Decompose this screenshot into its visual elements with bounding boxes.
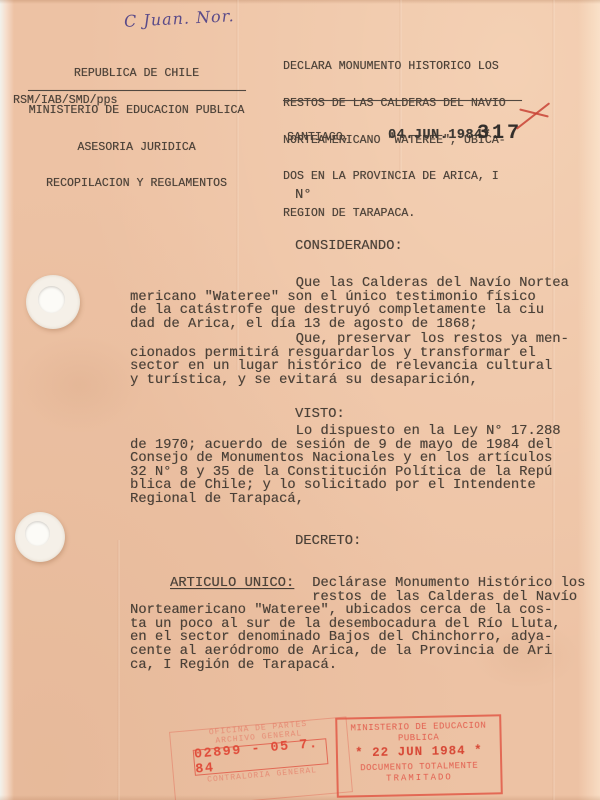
- articulo-unico-body: Declárase Monumento Histórico los restos…: [130, 577, 585, 672]
- ministry-stamp-date: * 22 JUN 1984 *: [338, 743, 500, 761]
- dateline-date-stamp: 04.JUN.1984*: [388, 128, 491, 143]
- dateline-city: SANTIAGO,: [287, 132, 350, 144]
- scan-edge-left: [0, 0, 14, 800]
- punch-hole-opening: [38, 286, 65, 313]
- subject-line: DECLARA MONUMENTO HISTORICO LOS: [283, 61, 528, 73]
- considerando-heading: CONSIDERANDO:: [295, 240, 403, 254]
- punch-hole-bottom: [15, 512, 65, 562]
- decreto-heading: DECRETO:: [295, 535, 361, 549]
- subject-line: DOS EN LA PROVINCIA DE ARICA, I: [283, 171, 528, 183]
- ministry-stamp: MINISTERIO DE EDUCACION PUBLICA * 22 JUN…: [335, 714, 503, 797]
- scan-edge-right: [578, 0, 600, 800]
- numero-label: N°: [295, 189, 312, 203]
- issuer-line: ASESORIA JURIDICA: [28, 142, 245, 154]
- red-check-mark: [510, 100, 554, 134]
- issuer-underline: [28, 90, 246, 91]
- reference-code: RSM/IAB/SMD/pps: [13, 95, 117, 107]
- fold-crease: [117, 540, 120, 800]
- subject-underline: [283, 100, 522, 101]
- considerando-paragraph-2: Que, preservar los restos ya men- cionad…: [130, 333, 569, 387]
- scan-edge-top: [0, 0, 600, 4]
- subject-line: REGION DE TARAPACA.: [283, 208, 528, 220]
- visto-heading: VISTO:: [295, 408, 345, 422]
- issuer-line: REPUBLICA DE CHILE: [28, 68, 245, 80]
- handwriting-note: C Juan. Nor.: [124, 6, 236, 31]
- considerando-paragraph-1: Que las Calderas del Navío Nortea merica…: [130, 277, 569, 331]
- visto-paragraph: Lo dispuesto en la Ley N° 17.288 de 1970…: [130, 425, 561, 507]
- issuer-line: RECOPILACION Y REGLAMENTOS: [28, 178, 245, 190]
- punch-hole-opening: [25, 521, 50, 546]
- punch-hole-top: [26, 275, 80, 329]
- paper-stain: [15, 335, 145, 435]
- issuer-block: REPUBLICA DE CHILE MINISTERIO DE EDUCACI…: [28, 44, 245, 215]
- scanned-decree-page: C Juan. Nor. REPUBLICA DE CHILE MINISTER…: [0, 0, 600, 800]
- archive-stamp: OFICINA DE PARTES ARCHIVO GENERAL 02899 …: [169, 716, 353, 800]
